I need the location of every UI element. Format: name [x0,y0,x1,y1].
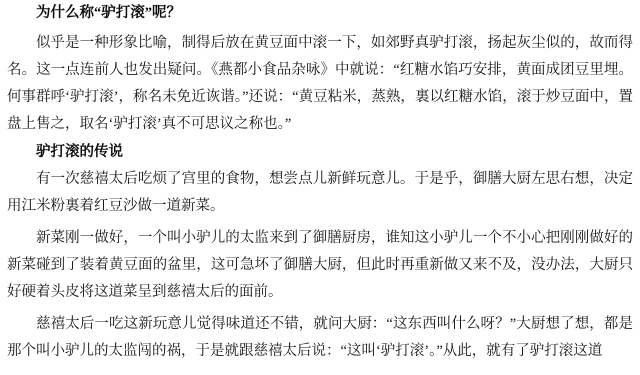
paragraph-legend-naming: 慈禧太后一吃这新玩意儿觉得味道还不错，就问大厨：“这东西叫什么呀？”大厨想了想，… [7,311,633,365]
section-heading-why-named: 为什么称“驴打滚”呢？ [7,0,633,27]
paragraph-legend-new-dish: 有一次慈禧太后吃烦了宫里的食物，想尝点儿新鲜玩意儿。于是乎，御膳大厨左思右想，决… [7,166,633,220]
article-page: 为什么称“驴打滚”呢？ 似乎是一种形象比喻，制得后放在黄豆面中滚一下，如郊野真驴… [0,0,640,375]
section-heading-legend: 驴打滚的传说 [7,139,633,166]
paragraph-legend-accident: 新菜刚一做好，一个叫小驴儿的太监来到了御膳厨房，谁知这小驴儿一个不小心把刚刚做好… [7,225,633,306]
paragraph-name-origin: 似乎是一种形象比喻，制得后放在黄豆面中滚一下，如郊野真驴打滚，扬起灰尘似的，故而… [7,30,633,138]
